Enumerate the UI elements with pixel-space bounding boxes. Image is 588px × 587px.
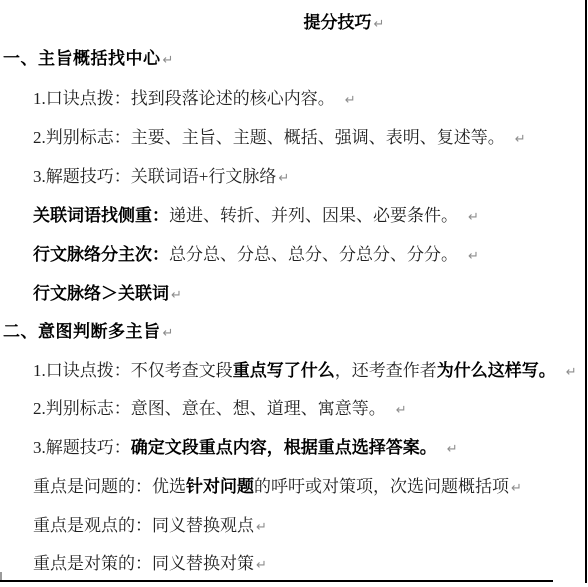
section-heading-2: 二、意图判断多主旨↵ bbox=[3, 321, 174, 344]
paragraph-bold-text: 为什么这样写。 bbox=[437, 361, 556, 380]
paragraph-text: 2.判别标志：主要、主旨、主题、概括、强调、表明、复述等。 bbox=[33, 128, 505, 147]
paragraph-mark-icon: ↵ bbox=[468, 249, 479, 264]
document-page[interactable]: 提分技巧↵ 一、主旨概括找中心↵ 1.口诀点拨：找到段落论述的核心内容。↵ 2.… bbox=[0, 0, 588, 587]
window-right-border bbox=[585, 0, 587, 583]
paragraph-mark-icon: ↵ bbox=[511, 481, 522, 496]
document-title-text: 提分技巧 bbox=[304, 13, 372, 32]
paragraph-text: 1.口诀点拨：不仅考查文段 bbox=[33, 361, 233, 380]
paragraph-text: 总分总、分总、总分、分总分、分分。 bbox=[169, 245, 458, 264]
bottom-border-line bbox=[0, 580, 553, 582]
paragraph-bold-text: 行文脉络＞关联词 bbox=[33, 284, 169, 303]
section-heading-text: 一、主旨概括找中心 bbox=[3, 49, 161, 68]
paragraph-mark-icon: ↵ bbox=[447, 442, 458, 457]
paragraph-line: 2.判别标志：意图、意在、想、道理、寓意等。↵ bbox=[33, 398, 407, 421]
paragraph-lead-bold: 行文脉络分主次： bbox=[33, 245, 169, 264]
paragraph-text: 3.解题技巧：关联词语+行文脉络 bbox=[33, 167, 276, 186]
paragraph-text: 1.口诀点拨：找到段落论述的核心内容。 bbox=[33, 89, 335, 108]
paragraph-mark-icon: ↵ bbox=[566, 365, 577, 380]
paragraph-mark-icon: ↵ bbox=[374, 17, 385, 32]
paragraph-lead-bold: 关联词语找侧重： bbox=[33, 206, 169, 225]
paragraph-text: 重点是观点的：同义替换观点 bbox=[33, 516, 254, 535]
paragraph-bold-text: 确定文段重点内容，根据重点选择答案。 bbox=[131, 438, 437, 457]
paragraph-line: 行文脉络分主次：总分总、分总、总分、分总分、分分。↵ bbox=[33, 244, 479, 267]
paragraph-text: 3.解题技巧： bbox=[33, 438, 131, 457]
paragraph-text: 的呼吁或对策项，次选问题概括项 bbox=[254, 477, 509, 496]
left-edge-tick bbox=[0, 572, 2, 580]
paragraph-line: 行文脉络＞关联词↵ bbox=[33, 283, 182, 306]
paragraph-mark-icon: ↵ bbox=[256, 520, 267, 535]
paragraph-line: 1.口诀点拨：不仅考查文段重点写了什么，还考查作者为什么这样写。↵ bbox=[33, 360, 577, 383]
paragraph-text: 重点是对策的：同义替换对策 bbox=[33, 554, 254, 573]
paragraph-line: 3.解题技巧：关联词语+行文脉络↵ bbox=[33, 166, 289, 189]
section-heading-text: 二、意图判断多主旨 bbox=[3, 322, 161, 341]
paragraph-mark-icon: ↵ bbox=[163, 326, 174, 341]
paragraph-line: 3.解题技巧：确定文段重点内容，根据重点选择答案。↵ bbox=[33, 437, 458, 460]
paragraph-bold-text: 针对问题 bbox=[186, 477, 254, 496]
paragraph-line: 重点是问题的：优选针对问题的呼吁或对策项，次选问题概括项↵ bbox=[33, 476, 522, 499]
paragraph-mark-icon: ↵ bbox=[163, 53, 174, 68]
paragraph-text: 重点是问题的：优选 bbox=[33, 477, 186, 496]
paragraph-mark-icon: ↵ bbox=[345, 93, 356, 108]
paragraph-mark-icon: ↵ bbox=[256, 558, 267, 573]
paragraph-line: 关联词语找侧重：递进、转折、并列、因果、必要条件。↵ bbox=[33, 205, 479, 228]
paragraph-text: 递进、转折、并列、因果、必要条件。 bbox=[169, 206, 458, 225]
paragraph-mark-icon: ↵ bbox=[396, 403, 407, 418]
section-heading-1: 一、主旨概括找中心↵ bbox=[3, 48, 174, 71]
paragraph-text: ，还考查作者 bbox=[335, 361, 437, 380]
paragraph-mark-icon: ↵ bbox=[468, 210, 479, 225]
paragraph-bold-text: 重点写了什么 bbox=[233, 361, 335, 380]
paragraph-text: 2.判别标志：意图、意在、想、道理、寓意等。 bbox=[33, 399, 386, 418]
document-title: 提分技巧↵ bbox=[0, 12, 588, 35]
paragraph-mark-icon: ↵ bbox=[278, 171, 289, 186]
paragraph-mark-icon: ↵ bbox=[515, 132, 526, 147]
paragraph-line: 1.口诀点拨：找到段落论述的核心内容。↵ bbox=[33, 88, 356, 111]
paragraph-mark-icon: ↵ bbox=[171, 288, 182, 303]
paragraph-line: 重点是观点的：同义替换观点↵ bbox=[33, 515, 267, 538]
paragraph-line: 重点是对策的：同义替换对策↵ bbox=[33, 553, 267, 576]
paragraph-line: 2.判别标志：主要、主旨、主题、概括、强调、表明、复述等。↵ bbox=[33, 127, 526, 150]
